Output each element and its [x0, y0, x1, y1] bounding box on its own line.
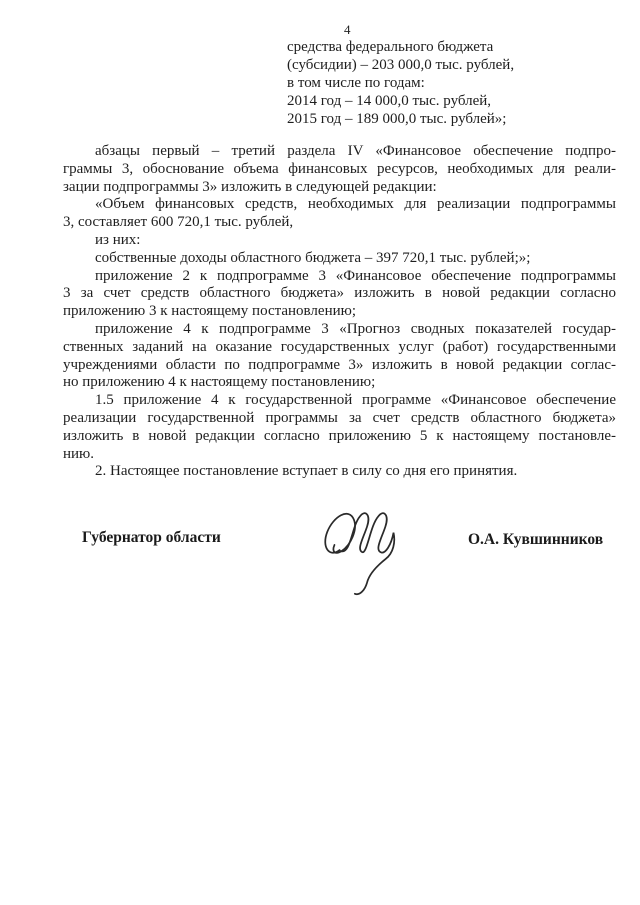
quote-line: средства федерального бюджета: [287, 38, 587, 56]
quote-line: (субсидии) – 203 000,0 тыс. рублей,: [287, 56, 587, 74]
body-line: из них:: [63, 232, 616, 250]
body-line: 3 за счет средств областного бюджета» из…: [63, 285, 616, 303]
body-line: 3, составляет 600 720,1 тыс. рублей,: [63, 214, 616, 232]
quote-line: в том числе по годам:: [287, 74, 587, 92]
quote-block: средства федерального бюджета (субсидии)…: [287, 38, 587, 128]
body-line: собственные доходы областного бюджета – …: [63, 250, 616, 268]
body-line: приложение 4 к подпрограмме 3 «Прогноз с…: [63, 321, 616, 339]
body-line: 2. Настоящее постановление вступает в си…: [63, 463, 616, 481]
body-line: изложить в новой редакции согласно прило…: [63, 428, 616, 446]
body-line: абзацы первый – третий раздела IV «Финан…: [63, 143, 616, 161]
body-line: приложение 2 к подпрограмме 3 «Финансово…: [63, 268, 616, 286]
body-line: граммы 3, обоснование объема финансовых …: [63, 161, 616, 179]
body-line: приложению 3 к настоящему постановлению;: [63, 303, 616, 321]
body-line: реализации государственной программы за …: [63, 410, 616, 428]
body-line: но приложению 4 к настоящему постановлен…: [63, 374, 616, 392]
body-line: учреждениями области по подпрограмме 3» …: [63, 357, 616, 375]
quote-line: 2015 год – 189 000,0 тыс. рублей»;: [287, 110, 587, 128]
signatory-name: О.А. Кувшинников: [468, 531, 603, 549]
body-line: «Объем финансовых средств, необходимых д…: [63, 196, 616, 214]
document-page: 4 средства федерального бюджета (субсиди…: [0, 0, 640, 905]
page-number: 4: [344, 22, 351, 38]
signature-icon: [308, 493, 420, 605]
body-line: зации подпрограммы 3» изложить в следующ…: [63, 179, 616, 197]
signatory-title: Губернатор области: [82, 529, 221, 547]
body-text: абзацы первый – третий раздела IV «Финан…: [63, 143, 616, 481]
body-line: нию.: [63, 446, 616, 464]
body-line: 1.5 приложение 4 к государственной прогр…: [63, 392, 616, 410]
quote-line: 2014 год – 14 000,0 тыс. рублей,: [287, 92, 587, 110]
body-line: ственных заданий на оказание государстве…: [63, 339, 616, 357]
